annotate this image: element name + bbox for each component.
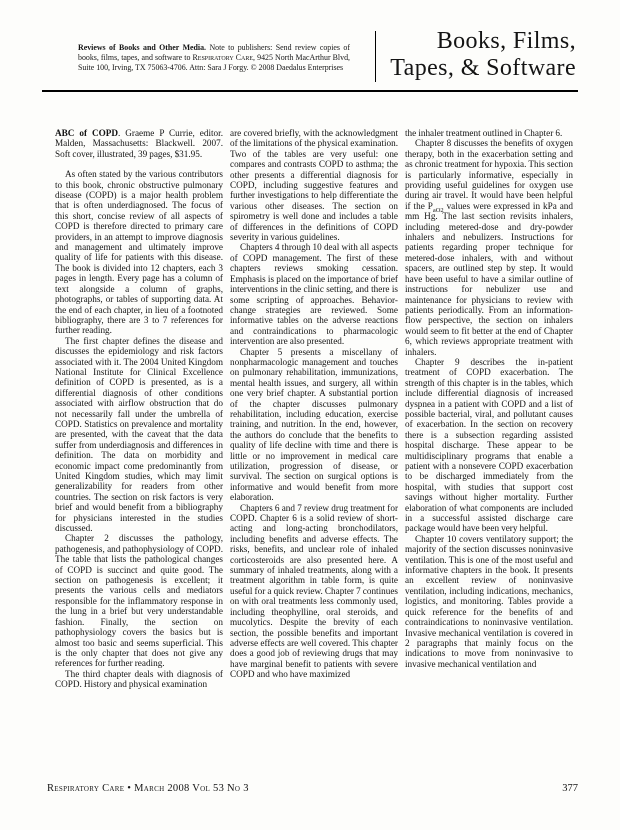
section-title: Books, Films, Tapes, & Software <box>316 28 576 82</box>
text-segment: Chapter 9 describes the in-patient treat… <box>405 357 573 534</box>
column-1: ABC of COPD. Graeme P Currie, editor. Ma… <box>55 128 223 746</box>
journal-name: Respiratory Care <box>193 53 254 62</box>
text-segment: values were expressed in kPa and mm Hg. … <box>405 201 573 357</box>
paragraph: Chapter 2 discusses the pathology, patho… <box>55 533 223 668</box>
text-segment: Chapter 2 discusses the pathology, patho… <box>55 533 223 668</box>
paragraph: Chapter 9 describes the in-patient treat… <box>405 357 573 534</box>
text-segment: Chapters 6 and 7 review drug treatment f… <box>230 503 398 680</box>
paragraph: Chapter 10 covers ventilatory support; t… <box>405 534 573 669</box>
paragraph: are covered briefly, with the acknowledg… <box>230 128 398 242</box>
paragraph: the inhaler treatment outlined in Chapte… <box>405 128 573 138</box>
note-lead: Reviews of Books and Other Media. <box>78 43 206 52</box>
text-segment: ABC of COPD <box>55 128 118 138</box>
text-segment: As often stated by the various contribut… <box>55 169 223 335</box>
text-segment: the inhaler treatment outlined in Chapte… <box>405 128 562 138</box>
paragraph: Chapters 6 and 7 review drug treatment f… <box>230 503 398 680</box>
page-number: 377 <box>562 783 578 794</box>
publisher-note: Reviews of Books and Other Media. Note t… <box>78 43 350 73</box>
text-segment: The third chapter deals with diagnosis o… <box>55 669 223 689</box>
section-title-line-1: Books, Films, <box>316 28 576 55</box>
column-3: the inhaler treatment outlined in Chapte… <box>405 128 573 746</box>
journal-page: Reviews of Books and Other Media. Note t… <box>0 0 620 830</box>
text-segment: Chapter 5 presents a miscellany of nonph… <box>230 347 398 503</box>
text-segment: The first chapter defines the disease an… <box>55 336 223 533</box>
paragraph: The third chapter deals with diagnosis o… <box>55 669 223 690</box>
paragraph: Chapter 5 presents a miscellany of nonph… <box>230 347 398 503</box>
text-segment: Chapters 4 through 10 deal with all aspe… <box>230 242 398 346</box>
text-segment: Chapter 10 covers ventilatory support; t… <box>405 534 573 669</box>
journal-citation: Respiratory Care • March 2008 Vol 53 No … <box>47 783 249 794</box>
header-rule <box>42 90 578 92</box>
page-footer: Respiratory Care • March 2008 Vol 53 No … <box>47 783 578 794</box>
paragraph: Chapters 4 through 10 deal with all aspe… <box>230 242 398 346</box>
text-segment: are covered briefly, with the acknowledg… <box>230 128 398 242</box>
paragraph: The first chapter defines the disease an… <box>55 336 223 534</box>
review-body: ABC of COPD. Graeme P Currie, editor. Ma… <box>55 128 573 746</box>
column-2: are covered briefly, with the acknowledg… <box>230 128 398 746</box>
paragraph: ABC of COPD. Graeme P Currie, editor. Ma… <box>55 128 223 159</box>
paragraph: As often stated by the various contribut… <box>55 169 223 336</box>
section-title-line-2: Tapes, & Software <box>316 55 576 82</box>
paragraph: Chapter 8 discusses the benefits of oxyg… <box>405 138 573 357</box>
